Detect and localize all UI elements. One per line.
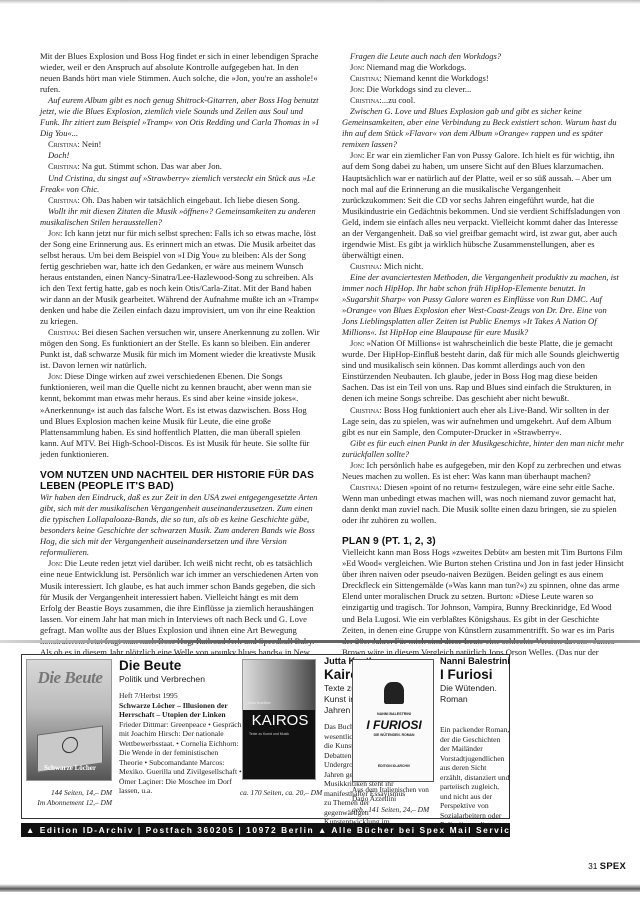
interview-question: Und Cristina, du singst auf »Strawberry«… xyxy=(40,173,320,195)
cover-figures xyxy=(384,682,404,704)
interview-question: Zwischen G. Love und Blues Explosion gab… xyxy=(342,106,624,150)
interview-answer: Jon: Die Workdogs sind zu clever... xyxy=(342,84,624,95)
interview-answer: Cristina: Oh. Das haben wir tatsächlich … xyxy=(40,195,320,206)
furiosi-title: I Furiosi xyxy=(440,667,510,682)
book-advertisement: Die Beute Schwarze Löcher 144 Seiten, 14… xyxy=(21,654,510,819)
article-left-column: Mit der Blues Explosion und Boss Hog fin… xyxy=(40,51,320,691)
speaker-label: Cristina: xyxy=(48,327,80,337)
furiosi-author: Nanni Balestrini xyxy=(440,656,510,666)
speaker-label: Cristina: xyxy=(48,195,80,205)
furiosi-price: geb., 141 Seiten, 24,– DM xyxy=(352,805,442,814)
speaker-label: Cristina: xyxy=(350,73,382,83)
speaker-label: Cristina: xyxy=(48,139,80,149)
answer-text: ...zu cool. xyxy=(382,95,415,105)
speaker-label: Cristina: xyxy=(350,261,382,271)
speaker-label: Jon: xyxy=(350,62,364,72)
answer-text: Diesen »point of no return« festzulegen,… xyxy=(342,482,617,525)
speaker-label: Jon: xyxy=(350,150,364,160)
cover-author: Jutta Koether xyxy=(247,700,271,705)
interview-answer: Cristina: Niemand kennt die Workdogs! xyxy=(342,73,624,84)
speaker-label: Jon: xyxy=(48,371,62,381)
interview-answer: Jon: Ich kann jetzt nur für mich selbst … xyxy=(40,228,320,327)
speaker-label: Cristina: xyxy=(350,405,382,415)
interview-question: Wollt ihr mit diesen Zitaten die Musik »… xyxy=(40,206,320,228)
answer-text: Er war ein ziemlicher Fan von Pussy Galo… xyxy=(342,150,620,259)
ad-die-beute: Die Beute Schwarze Löcher 144 Seiten, 14… xyxy=(22,655,187,818)
interview-question: Gibt es für euch einen Punkt in der Musi… xyxy=(342,438,624,460)
interview-answer: Jon: Diese Dinge wirken auf zwei verschi… xyxy=(40,371,320,459)
article-right-column: Fragen die Leute auch nach den Workdogs?… xyxy=(342,51,624,669)
interview-answer: Cristina: Bei diesen Sachen versuchen wi… xyxy=(40,327,320,371)
body-paragraph: Vielleicht kann man Boss Hogs »zweites D… xyxy=(342,547,624,669)
furiosi-description: Ein packender Roman, der die Geschichten… xyxy=(440,725,510,830)
answer-text: Diese Dinge wirken auf zwei verschiedene… xyxy=(40,371,312,458)
interview-answer: Cristina: Nein! xyxy=(40,139,320,150)
answer-text: Oh. Das haben wir tatsächlich eingebaut.… xyxy=(82,195,300,205)
cover-title: Die Beute xyxy=(27,668,112,688)
speaker-label: Jon: xyxy=(350,338,364,348)
answer-text: Die Workdogs sind zu clever... xyxy=(367,84,472,94)
answer-text: Na gut. Stimmt schon. Das war aber Jon. xyxy=(82,161,222,171)
answer-text: Ich persönlich habe es aufgegeben, mir d… xyxy=(342,460,621,481)
die-beute-cover: Die Beute Schwarze Löcher xyxy=(26,659,112,781)
magazine-name: SPEX xyxy=(600,860,626,871)
kairos-price: ca. 170 Seiten, ca. 20,– DM xyxy=(238,788,324,797)
furiosi-translation: Aus dem Italienischen von Dario Azzellin… xyxy=(352,786,442,804)
section-divider xyxy=(0,640,640,643)
beute-contents: Frieder Dittmar: Greenpeace • Gespräch m… xyxy=(119,720,243,796)
cover-subtitle: Texte zu Kunst und Musik xyxy=(249,732,289,736)
interview-question: Eine der avanciertesten Methoden, die Ve… xyxy=(342,272,624,338)
beute-issue: Heft 7/Herbst 1995 xyxy=(119,691,243,701)
interview-answer: Cristina: Diesen »point of no return« fe… xyxy=(342,482,624,526)
speaker-label: Jon: xyxy=(350,84,364,94)
interview-answer: Cristina: Mich nicht. xyxy=(342,261,624,272)
furiosi-cover: NANNI BALESTRINI I FURIOSI DIE WÜTENDEN.… xyxy=(352,659,434,782)
answer-text: Boss Hog funktioniert auch eher als Live… xyxy=(342,405,611,437)
section-heading: VOM NUTZEN UND NACHTEIL DER HISTORIE FÜR… xyxy=(40,470,320,492)
speaker-label: Jon: xyxy=(350,460,364,470)
interview-question: Fragen die Leute auch nach den Workdogs? xyxy=(342,51,624,62)
cover-subtitle: DIE WÜTENDEN. ROMAN xyxy=(353,733,434,737)
body-paragraph: Mit der Blues Explosion und Boss Hog fin… xyxy=(40,51,320,95)
beute-title: Die Beute xyxy=(119,658,243,673)
speaker-label: Cristina: xyxy=(48,161,80,171)
beute-subtitle: Politik und Verbrechen xyxy=(119,674,243,685)
speaker-label: Cristina: xyxy=(350,482,382,492)
interview-answer: Jon: Niemand mag die Workdogs. xyxy=(342,62,624,73)
cover-title: KAIROS xyxy=(243,712,316,729)
answer-text: Niemand kennt die Workdogs! xyxy=(384,73,489,83)
interview-question: Doch! xyxy=(40,150,320,161)
furiosi-subtitle: Die Wütenden. Roman xyxy=(440,683,510,705)
answer-text: »Nation Of Millions« ist wahrscheinlich … xyxy=(342,338,619,403)
cover-title: I FURIOSI xyxy=(353,718,434,732)
page-number: 31 xyxy=(588,861,597,871)
cover-caption: Schwarze Löcher xyxy=(27,764,112,772)
interview-answer: Cristina: Na gut. Stimmt schon. Das war … xyxy=(40,161,320,172)
answer-text: Ich kann jetzt nur für mich selbst sprec… xyxy=(40,228,319,326)
publisher-banner: ▲ Edition ID-Archiv | Postfach 360205 | … xyxy=(21,823,510,837)
article-body: Mit der Blues Explosion und Boss Hog fin… xyxy=(40,51,622,645)
interview-answer: Jon: Er war ein ziemlicher Fan von Pussy… xyxy=(342,150,624,260)
page-footer: 31 SPEX xyxy=(588,860,626,871)
answer-text: Mich nicht. xyxy=(384,261,423,271)
page-bottom-edge xyxy=(0,884,640,892)
kairos-cover: Jutta Koether KAIROS Texte zu Kunst und … xyxy=(242,659,316,780)
speaker-label: Jon: xyxy=(48,558,62,568)
section-heading: PLAN 9 (PT. 1, 2, 3) xyxy=(342,536,624,547)
interview-question: Auf eurem Album gibt es noch genug Shitr… xyxy=(40,95,320,139)
beute-headline: Schwarze Löcher – Illusionen der Herrsch… xyxy=(119,701,243,720)
answer-text: Bei diesen Sachen versuchen wir, unsere … xyxy=(40,327,320,370)
cover-publisher: EDITION ID-ARCHIV xyxy=(353,764,434,768)
answer-text: Niemand mag die Workdogs. xyxy=(367,62,467,72)
beute-subscription-price: Im Abonnement 12,– DM xyxy=(22,798,112,807)
interview-question: Wir haben den Eindruck, daß es zur Zeit … xyxy=(40,492,320,558)
beute-price: 144 Seiten, 14,– DM xyxy=(22,788,112,797)
speaker-label: Jon: xyxy=(48,228,62,238)
answer-text: Nein! xyxy=(82,139,101,149)
interview-answer: Jon: »Nation Of Millions« ist wahrschein… xyxy=(342,338,624,404)
speaker-label: Cristina: xyxy=(350,95,382,105)
interview-answer: Cristina:...zu cool. xyxy=(342,95,624,106)
ad-i-furiosi: NANNI BALESTRINI I FURIOSI DIE WÜTENDEN.… xyxy=(352,655,510,818)
cover-author: NANNI BALESTRINI xyxy=(353,712,434,716)
page-top-edge xyxy=(0,0,640,4)
interview-answer: Jon: Ich persönlich habe es aufgegeben, … xyxy=(342,460,624,482)
interview-answer: Cristina: Boss Hog funktioniert auch ehe… xyxy=(342,405,624,438)
